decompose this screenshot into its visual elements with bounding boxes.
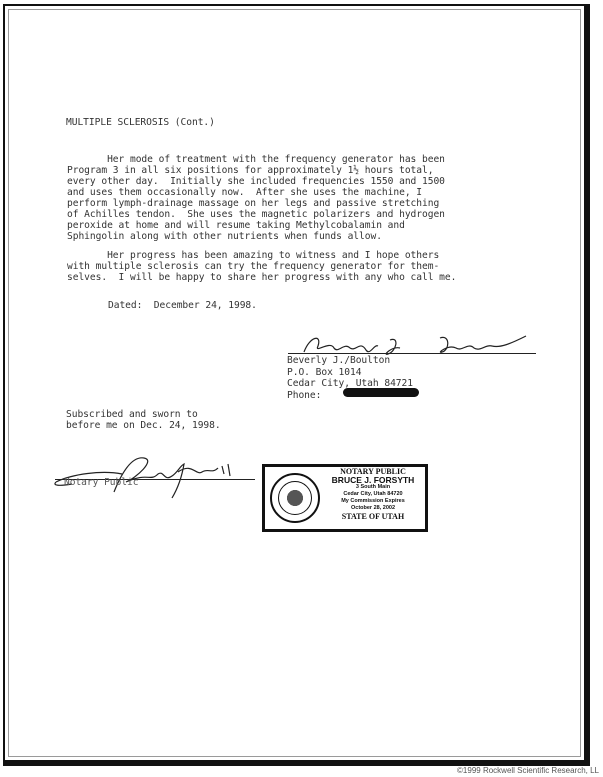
copyright-footer: ©1999 Rockwell Scientific Research, LL [457, 766, 599, 775]
subscribed-statement: Subscribed and sworn to before me on Dec… [66, 409, 221, 431]
notary-public-label: Notary Public [64, 477, 138, 488]
state-seal-icon [270, 473, 320, 523]
notary-stamp: NOTARY PUBLIC BRUCE J. FORSYTH 3 South M… [262, 464, 428, 532]
stamp-commission: My Commission Expires [323, 498, 423, 505]
paragraph-treatment: Her mode of treatment with the frequency… [67, 154, 445, 242]
document-heading: MULTIPLE SCLEROSIS (Cont.) [66, 117, 215, 128]
stamp-notary-name: BRUCE J. FORSYTH [323, 476, 423, 484]
document-page: MULTIPLE SCLEROSIS (Cont.) Her mode of t… [0, 0, 603, 777]
stamp-state: STATE OF UTAH [323, 513, 423, 521]
signer-phone-label: Phone: [287, 390, 321, 401]
signer-address-1: P.O. Box 1014 [287, 367, 361, 378]
paragraph-progress: Her progress has been amazing to witness… [67, 250, 456, 283]
signer-signature-line [288, 353, 536, 354]
stamp-address-1: 3 South Main [323, 484, 423, 491]
stamp-expiry: October 28, 2002 [323, 505, 423, 512]
stamp-address-2: Cedar City, Utah 84720 [323, 491, 423, 498]
redacted-phone [343, 388, 419, 397]
signer-name: Beverly J./Boulton [287, 355, 390, 366]
dated-line: Dated: December 24, 1998. [108, 300, 257, 311]
